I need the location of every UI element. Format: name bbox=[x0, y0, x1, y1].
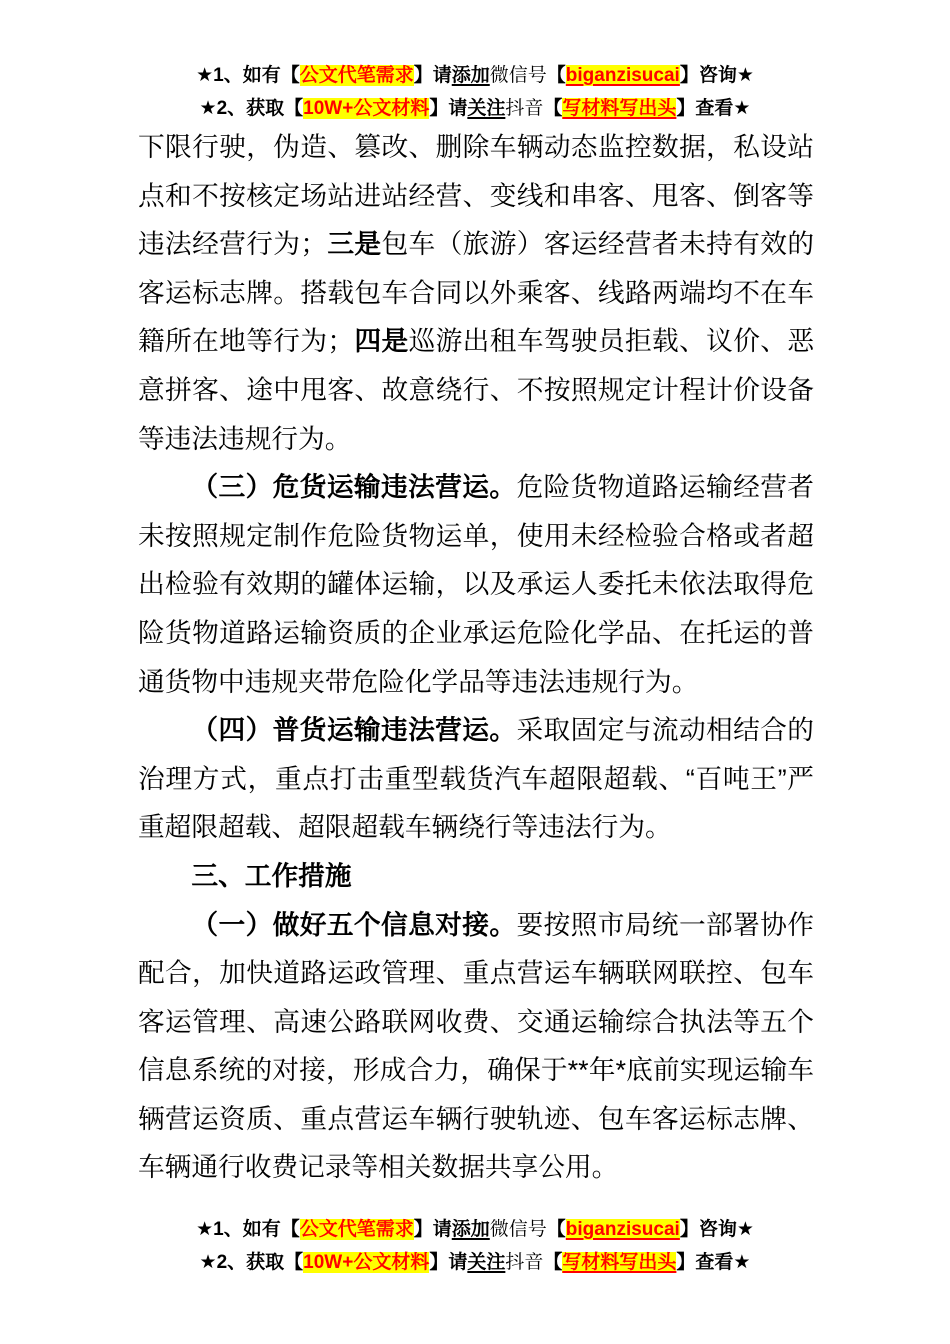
highlighted-text: 公文代笔需求 bbox=[300, 65, 414, 86]
underlined-text: 添加 bbox=[452, 65, 490, 86]
text-run: 微信号 bbox=[490, 1219, 547, 1240]
bold-text: ★2、获取【 bbox=[200, 1252, 304, 1273]
bold-text: 】咨询★ bbox=[680, 1219, 754, 1240]
bold-text: 【 bbox=[547, 1219, 566, 1240]
bold-text: 】请 bbox=[414, 65, 452, 86]
bold-text: 】请 bbox=[429, 98, 467, 119]
bold-text: （一）做好五个信息对接。 bbox=[191, 910, 516, 940]
bold-text: ★1、如有【 bbox=[196, 65, 300, 86]
bold-text: 三是 bbox=[327, 229, 381, 259]
document-body: 下限行驶，伪造、篡改、删除车辆动态监控数据，私设站点和不按核定场站进站经营、变线… bbox=[138, 123, 814, 1192]
text-run: 抖音 bbox=[505, 98, 543, 119]
highlighted-text: 写材料写出头 bbox=[562, 98, 676, 119]
paragraph: 下限行驶，伪造、篡改、删除车辆动态监控数据，私设站点和不按核定场站进站经营、变线… bbox=[138, 123, 814, 463]
underlined-text: 添加 bbox=[452, 1219, 490, 1240]
bold-text: 【 bbox=[543, 1252, 562, 1273]
bold-text: 【 bbox=[547, 65, 566, 86]
bold-text: （三）危货运输违法营运。 bbox=[191, 472, 516, 502]
text-run: 微信号 bbox=[490, 65, 547, 86]
document-page: ★1、如有【公文代笔需求】请添加微信号【biganzisucai】咨询★ ★2、… bbox=[0, 0, 950, 1344]
bold-text: 四是 bbox=[354, 326, 408, 356]
bold-text: 】请 bbox=[429, 1252, 467, 1273]
bold-text: （四）普货运输违法营运。 bbox=[191, 715, 516, 745]
highlighted-text: 公文代笔需求 bbox=[300, 1219, 414, 1240]
highlighted-text: 10W+公文材料 bbox=[303, 1252, 429, 1273]
promo-banner-line-2: ★2、获取【10W+公文材料】请关注抖音【写材料写出头】查看★ bbox=[0, 92, 950, 125]
bold-text: 】查看★ bbox=[676, 1252, 750, 1273]
highlighted-text: 10W+公文材料 bbox=[303, 98, 429, 119]
bold-text: ★2、获取【 bbox=[200, 98, 304, 119]
underlined-text: 关注 bbox=[467, 98, 505, 119]
section-heading: 三、工作措施 bbox=[138, 852, 814, 901]
paragraph: （一）做好五个信息对接。要按照市局统一部署协作配合，加快道路运政管理、重点营运车… bbox=[138, 901, 814, 1193]
promo-banner-bottom: ★1、如有【公文代笔需求】请添加微信号【biganzisucai】咨询★ ★2、… bbox=[0, 1213, 950, 1279]
paragraph: （四）普货运输违法营运。采取固定与流动相结合的治理方式，重点打击重型载货汽车超限… bbox=[138, 706, 814, 852]
highlighted-text: 写材料写出头 bbox=[562, 1252, 676, 1273]
bold-text: 】咨询★ bbox=[680, 65, 754, 86]
bold-text: 】查看★ bbox=[676, 98, 750, 119]
promo-banner-line-1: ★1、如有【公文代笔需求】请添加微信号【biganzisucai】咨询★ bbox=[0, 59, 950, 92]
paragraph: （三）危货运输违法营运。危险货物道路运输经营者未按照规定制作危险货物运单，使用未… bbox=[138, 463, 814, 706]
underlined-text: 关注 bbox=[467, 1252, 505, 1273]
bold-text: 三、工作措施 bbox=[191, 861, 351, 891]
highlighted-text: biganzisucai bbox=[566, 65, 680, 86]
highlighted-text: biganzisucai bbox=[566, 1219, 680, 1240]
text-run: 危险货物道路运输经营者未按照规定制作危险货物运单，使用未经检验合格或者超出检验有… bbox=[138, 472, 814, 696]
bold-text: 】请 bbox=[414, 1219, 452, 1240]
promo-banner-line-2: ★2、获取【10W+公文材料】请关注抖音【写材料写出头】查看★ bbox=[0, 1246, 950, 1279]
text-run: 要按照市局统一部署协作配合，加快道路运政管理、重点营运车辆联网联控、包车客运管理… bbox=[138, 910, 814, 1183]
bold-text: 【 bbox=[543, 98, 562, 119]
text-run: 抖音 bbox=[505, 1252, 543, 1273]
promo-banner-line-1: ★1、如有【公文代笔需求】请添加微信号【biganzisucai】咨询★ bbox=[0, 1213, 950, 1246]
bold-text: ★1、如有【 bbox=[196, 1219, 300, 1240]
promo-banner-top: ★1、如有【公文代笔需求】请添加微信号【biganzisucai】咨询★ ★2、… bbox=[0, 59, 950, 125]
